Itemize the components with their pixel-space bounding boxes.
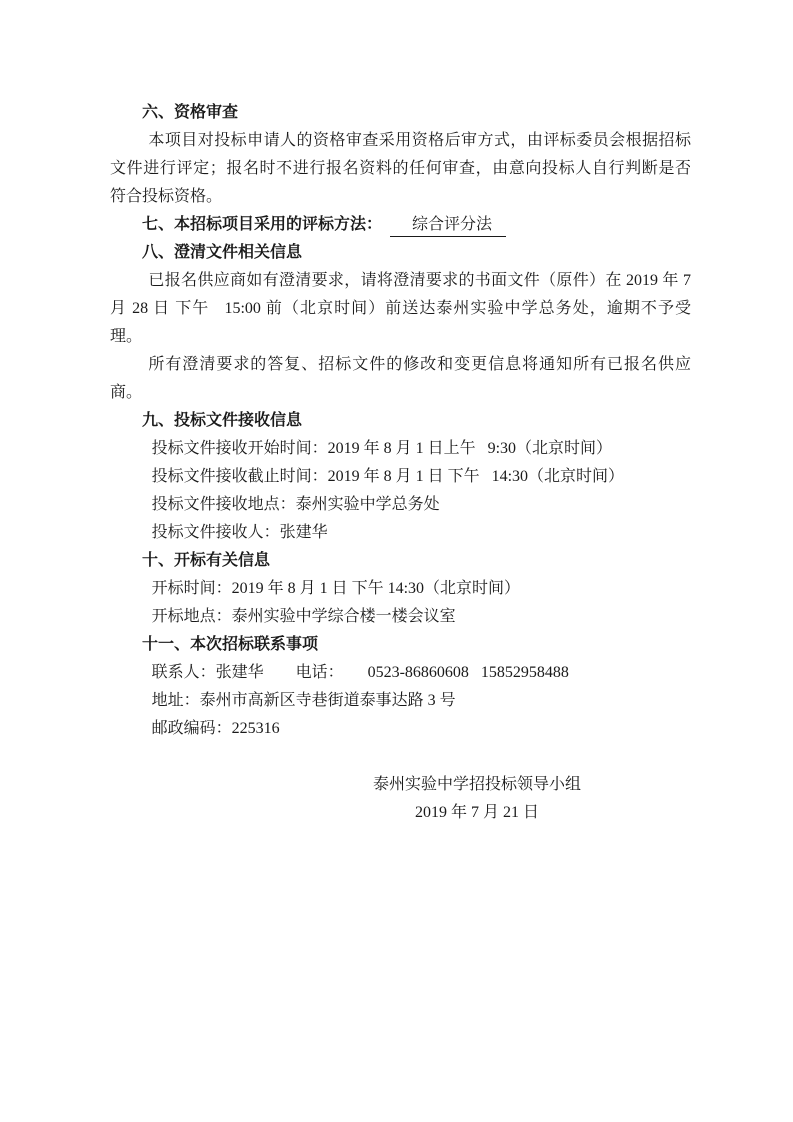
evaluation-method-label: 七、本招标项目采用的评标方法： [142,216,382,233]
paragraph-line: 商。 [110,379,691,407]
document-page: 六、资格审查本项目对投标申请人的资格审查采用资格后审方式，由评标委员会根据招标文… [0,0,793,1122]
section-heading: 九、投标文件接收信息 [110,407,691,435]
detail-line: 邮政编码：225316 [110,715,691,743]
detail-line: 投标文件接收地点：泰州实验中学总务处 [110,491,691,519]
evaluation-method-value: 综合评分法 [390,213,506,237]
section-heading: 十、开标有关信息 [110,547,691,575]
document-content: 六、资格审查本项目对投标申请人的资格审查采用资格后审方式，由评标委员会根据招标文… [110,99,691,827]
detail-line: 开标时间：2019 年 8 月 1 日 下午 14:30（北京时间） [110,575,691,603]
paragraph-line: 所有澄清要求的答复、招标文件的修改和变更信息将通知所有已报名供应 [110,351,691,379]
section-heading: 六、资格审查 [110,99,691,127]
detail-line: 投标文件接收开始时间：2019 年 8 月 1 日上午 9:30（北京时间） [110,435,691,463]
detail-line: 地址：泰州市高新区寺巷街道泰事达路 3 号 [110,687,691,715]
section-heading: 八、澄清文件相关信息 [110,239,691,267]
spacer [110,743,691,771]
paragraph-line: 本项目对投标申请人的资格审查采用资格后审方式，由评标委员会根据招标 [110,127,691,155]
signature-line: 泰州实验中学招投标领导小组 [344,771,610,799]
detail-line: 开标地点：泰州实验中学综合楼一楼会议室 [110,603,691,631]
paragraph-line: 符合投标资格。 [110,183,691,211]
paragraph-line: 已报名供应商如有澄清要求，请将澄清要求的书面文件（原件）在 2019 年 7 [110,267,691,295]
section-heading-evaluation-method: 七、本招标项目采用的评标方法：综合评分法 [110,211,691,239]
detail-line: 联系人：张建华 电话： 0523-86860608 15852958488 [110,659,691,687]
detail-line: 投标文件接收人：张建华 [110,519,691,547]
section-heading: 十一、本次招标联系事项 [110,631,691,659]
detail-line: 投标文件接收截止时间：2019 年 8 月 1 日 下午 14:30（北京时间） [110,463,691,491]
paragraph-line: 月 28 日 下午 15:00 前（北京时间）前送达泰州实验中学总务处，逾期不予… [110,295,691,323]
signature-line: 2019 年 7 月 21 日 [344,799,610,827]
paragraph-line: 理。 [110,323,691,351]
paragraph-line: 文件进行评定；报名时不进行报名资料的任何审查，由意向投标人自行判断是否 [110,155,691,183]
